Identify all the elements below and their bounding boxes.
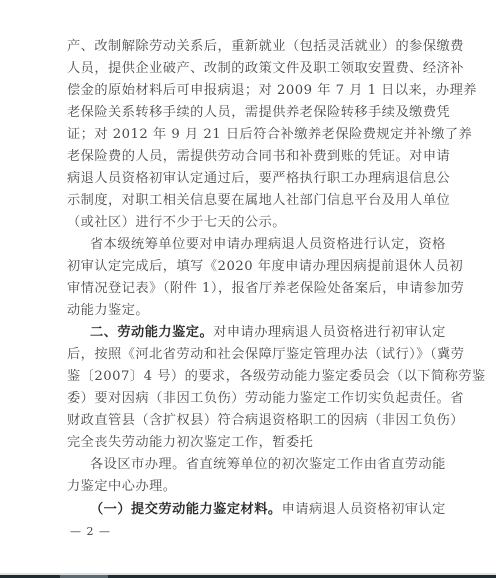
text-line: 对申请办理病退人员资格进行初审认定 <box>213 325 446 340</box>
document-page: 产、改制解除劳动关系后，重新就业（包括灵活就业）的参保缴费 人员，提供企业破产、… <box>0 0 496 574</box>
section-heading-line: 二、劳动能力鉴定。对申请办理病退人员资格进行初审认定 <box>90 323 399 343</box>
text-line: 财政直管县（含扩权县）符合病退资格职工的因病（非因工负伤） <box>67 411 399 431</box>
text-line: 示制度，对职工相关信息要在属地人社部门信息平台及用人单位 <box>67 191 399 211</box>
paragraph-start: 省本级统筹单位要对申请办理病退人员资格进行认定，资格 <box>90 235 399 255</box>
text-line: 老保险费的人员，需提供劳动合同书和补费到账的凭证。对申请 <box>67 147 399 167</box>
text-line: 病退人员资格初审认定通过后，要严格执行职工办理病退信息公 <box>67 169 399 189</box>
text-line: 初审认定完成后，填写《2020 年度申请办理因病提前退休人员初 <box>67 257 399 277</box>
text-line: 动能力鉴定。 <box>67 301 399 321</box>
text-line: 人员，提供企业破产、改制的政策文件及职工领取安置费、经济补 <box>67 59 399 79</box>
text-line: 产、改制解除劳动关系后，重新就业（包括灵活就业）的参保缴费 <box>67 37 399 57</box>
text-line: 申请病退人员资格初审认定 <box>282 502 446 517</box>
subsection-heading-line: （一）提交劳动能力鉴定材料。申请病退人员资格初审认定 <box>90 500 399 520</box>
subsection-heading: （一）提交劳动能力鉴定材料。 <box>90 502 282 517</box>
paragraph-start: 各设区市办理。省直统筹单位的初次鉴定工作由省直劳动能 <box>90 455 399 475</box>
text-line: 审情况登记表》（附件 1），报省厅养老保险处备案后，申请参加劳 <box>67 279 399 299</box>
text-line: 后，按照《河北省劳动和社会保障厅鉴定管理办法（试行）》（冀劳 <box>67 345 399 365</box>
text-line: 鉴〔2007〕4 号）的要求，各级劳动能力鉴定委员会（以下简称劳鉴 <box>67 367 399 387</box>
text-line: 偿金的原始材料后可申报病退；对 2009 年 7 月 1 日以来，办理养 <box>67 81 399 101</box>
text-line: 证；对 2012 年 9 月 21 日后符合补缴养老保险费规定并补缴了养 <box>67 125 399 145</box>
section-heading: 二、劳动能力鉴定。 <box>90 325 213 340</box>
text-line: 老保险关系转移手续的人员，需提供养老保险转移手续及缴费凭 <box>67 103 399 123</box>
text-line: 力鉴定中心办理。 <box>67 477 399 497</box>
page-number: — 2 — <box>70 525 111 538</box>
text-line: 完全丧失劳动能力初次鉴定工作，暂委托 <box>67 433 399 453</box>
text-line: （或社区）进行不少于七天的公示。 <box>67 213 399 233</box>
text-line: 委）要对因病（非因工负伤）劳动能力鉴定工作切实负起责任。省 <box>67 389 399 409</box>
